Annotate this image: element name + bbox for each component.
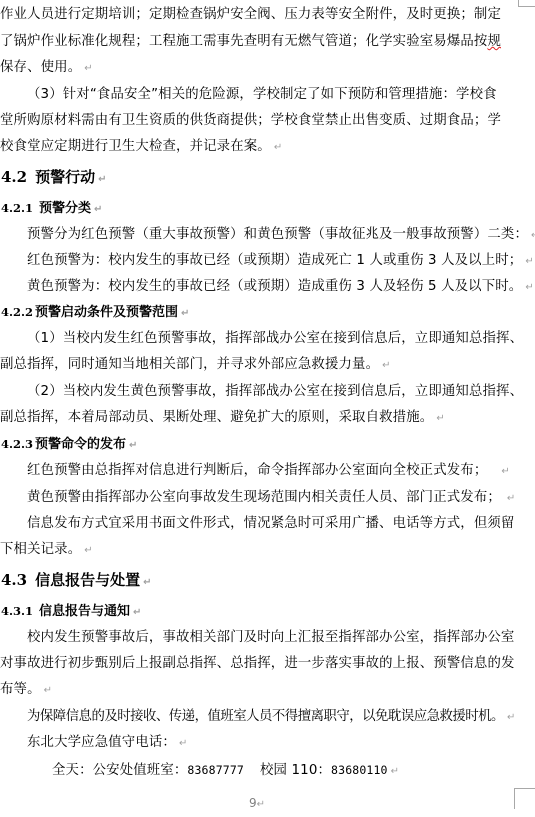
text: 校食堂应定期进行卫生大检查，并记录在案。	[0, 139, 271, 154]
paragraph-mark-icon: ↵	[391, 766, 400, 777]
paragraph-mark-icon: ↵	[531, 230, 535, 241]
heading-number: 4.2	[1, 168, 27, 186]
body-line: 校内发生预警事故后，事故相关部门及时向上汇报至指挥部办公室，指挥部办公室	[27, 630, 514, 646]
body-line: 预警分为红色预警（重大事故预警）和黄色预警（事故征兆及一般事故预警）二类：↵	[27, 227, 535, 244]
paragraph-mark-icon: ↵	[382, 360, 391, 371]
body-line: 堂所购原材料需由有卫生资质的供货商提供；学校食堂禁止出售变质、过期食品；学	[0, 113, 501, 129]
page-number: 9↵	[249, 796, 265, 810]
body-line: （1）当校内发生红色预警事故，指挥部战办公室在接到信息后，立即通知总指挥、	[27, 331, 523, 347]
text: 预警分为红色预警（重大事故预警）和黄色预警（事故征兆及一般事故预警）二类：	[27, 227, 528, 242]
text: 信息发布方式宜采用书面文件形式，情况紧急时可采用广播、电话等方式，但须留	[27, 516, 514, 531]
body-line: 红色预警由总指挥对信息进行判断后，命令指挥部办公室面向全校正式发布；↵	[27, 463, 510, 480]
text: 黄色预警为：校内发生的事故已经（或预期）造成重伤 3 人及轻伤 5 人及以下时。	[27, 279, 522, 294]
text: 了锅炉作业标准化规程；工程施工需事先查明有无燃气管道；化学实验室易爆品按	[0, 34, 487, 49]
paragraph-mark-icon: ↵	[507, 712, 515, 723]
heading-4-2: 4.2预警行动↵	[1, 168, 107, 189]
text: 下相关记录。	[0, 542, 81, 557]
paragraph-mark-icon: ↵	[143, 577, 151, 588]
paragraph-mark-icon: ↵	[257, 799, 265, 810]
text: 红色预警由总指挥对信息进行判断后，命令指挥部办公室面向全校正式发布；	[27, 463, 487, 478]
body-line: 下相关记录。↵	[0, 542, 93, 559]
body-line: （2）当校内发生黄色预警事故，指挥部战办公室在接到信息后，立即通知总指挥、	[27, 384, 523, 400]
heading-title: 信息报告与通知	[39, 604, 130, 619]
body-line: 校食堂应定期进行卫生大检查，并记录在案。↵	[0, 139, 282, 156]
paragraph-mark-icon: ↵	[94, 204, 102, 215]
heading-title: 信息报告与处置	[35, 571, 140, 589]
body-line: 黄色预警为：校内发生的事故已经（或预期）造成重伤 3 人及轻伤 5 人及以下时。…	[27, 279, 534, 296]
phone-line: 全天：公安处值班室：83687777校园 110：83680110↵	[52, 762, 399, 780]
heading-number: 4.3	[1, 571, 27, 589]
duty-room-phone: 83687777	[187, 763, 244, 777]
text: （3）针对“食品安全”相关的危险源，学校制定了如下预防和管理措施：学校食	[27, 87, 497, 102]
paragraph-mark-icon: ↵	[525, 282, 534, 293]
paragraph-mark-icon: ↵	[274, 142, 283, 153]
heading-4-3-1: 4.3.1信息报告与通知↵	[1, 603, 141, 621]
body-line: 副总指挥，同时通知当地相关部门，并寻求外部应急救援力量。↵	[0, 357, 391, 374]
text: 红色预警为：校内发生的事故已经（或预期）造成死亡 1 人或重伤 3 人及以上时；	[27, 253, 522, 268]
text: 保存、使用。	[0, 60, 81, 75]
heading-4-3: 4.3信息报告与处置↵	[1, 571, 152, 592]
text: 作业人员进行定期培训；定期检查锅炉安全阀、压力表等安全附件，及时更换；制定	[0, 7, 501, 22]
heading-number: 4.2.2	[1, 305, 33, 319]
heading-title: 预警命令的发布	[35, 437, 126, 452]
paragraph-mark-icon: ↵	[84, 545, 93, 556]
text: 黄色预警由指挥部办公室向事故发生现场范围内相关责任人员、部门正式发布；	[27, 490, 501, 505]
body-line: 红色预警为：校内发生的事故已经（或预期）造成死亡 1 人或重伤 3 人及以上时；…	[27, 253, 534, 270]
text: 副总指挥，本着局部动员、果断处理、避免扩大的原则，采取自救措施。	[0, 410, 433, 425]
spellcheck-underline: 规	[487, 34, 501, 49]
paragraph-mark-icon: ↵	[133, 607, 141, 618]
heading-title: 预警启动条件及预警范围	[35, 305, 178, 320]
heading-number: 4.3.1	[1, 604, 33, 618]
page-corner-mark-bottom	[514, 788, 535, 809]
text: 副总指挥，同时通知当地相关部门，并寻求外部应急救援力量。	[0, 357, 379, 372]
paragraph-mark-icon: ↵	[525, 256, 534, 267]
text: 校内发生预警事故后，事故相关部门及时向上汇报至指挥部办公室，指挥部办公室	[27, 630, 514, 645]
heading-number: 4.2.3	[1, 437, 33, 451]
text: 东北大学应急值守电话：	[27, 735, 176, 750]
page-corner-mark-top	[518, 0, 535, 7]
body-line: 东北大学应急值守电话：↵	[27, 735, 187, 752]
text: （1）当校内发生红色预警事故，指挥部战办公室在接到信息后，立即通知总指挥、	[27, 331, 523, 346]
body-line: 布等。↵	[0, 682, 52, 699]
heading-4-2-2: 4.2.2预警启动条件及预警范围↵	[1, 304, 189, 322]
document-page: 作业人员进行定期培训；定期检查锅炉安全阀、压力表等安全附件，及时更换；制定 了锅…	[0, 0, 535, 817]
paragraph-mark-icon: ↵	[44, 685, 53, 696]
duty-room-label: 全天：公安处值班室：	[52, 763, 187, 778]
campus-110-phone: 83680110	[331, 763, 388, 777]
paragraph-mark-icon: ↵	[501, 466, 510, 477]
heading-4-2-3: 4.2.3预警命令的发布↵	[1, 436, 137, 454]
body-line: 对事故进行初步甄别后上报副总指挥、总指挥，进一步落实事故的上报、预警信息的发	[0, 656, 515, 672]
body-line: （3）针对“食品安全”相关的危险源，学校制定了如下预防和管理措施：学校食	[27, 87, 497, 103]
text: （2）当校内发生黄色预警事故，指挥部战办公室在接到信息后，立即通知总指挥、	[27, 384, 523, 399]
heading-4-2-1: 4.2.1预警分类↵	[1, 200, 102, 218]
campus-110-label: 校园 110：	[260, 763, 331, 778]
body-line: 黄色预警由指挥部办公室向事故发生现场范围内相关责任人员、部门正式发布；↵	[27, 490, 515, 507]
body-line: 为保障信息的及时接收、传递，值班室人员不得擅离职守，以免耽误应急救援时机。↵	[27, 709, 515, 726]
heading-title: 预警分类	[39, 201, 91, 216]
paragraph-mark-icon: ↵	[129, 440, 137, 451]
paragraph-mark-icon: ↵	[181, 308, 189, 319]
body-line: 作业人员进行定期培训；定期检查锅炉安全阀、压力表等安全附件，及时更换；制定	[0, 7, 501, 23]
text: 布等。	[0, 682, 41, 697]
paragraph-mark-icon: ↵	[507, 493, 516, 504]
text: 对事故进行初步甄别后上报副总指挥、总指挥，进一步落实事故的上报、预警信息的发	[0, 656, 515, 671]
paragraph-mark-icon: ↵	[179, 738, 188, 749]
text: 堂所购原材料需由有卫生资质的供货商提供；学校食堂禁止出售变质、过期食品；学	[0, 113, 501, 128]
text: 为保障信息的及时接收、传递，值班室人员不得擅离职守，以免耽误应急救援时机。	[27, 709, 504, 724]
body-line: 保存、使用。↵	[0, 60, 93, 77]
body-line: 副总指挥，本着局部动员、果断处理、避免扩大的原则，采取自救措施。↵	[0, 410, 445, 427]
heading-title: 预警行动	[35, 168, 95, 186]
body-line: 了锅炉作业标准化规程；工程施工需事先查明有无燃气管道；化学实验室易爆品按规	[0, 34, 501, 50]
paragraph-mark-icon: ↵	[436, 413, 445, 424]
page-number-text: 9	[249, 796, 257, 810]
heading-number: 4.2.1	[1, 201, 33, 215]
body-line: 信息发布方式宜采用书面文件形式，情况紧急时可采用广播、电话等方式，但须留	[27, 516, 514, 532]
paragraph-mark-icon: ↵	[98, 174, 106, 185]
paragraph-mark-icon: ↵	[84, 63, 93, 74]
